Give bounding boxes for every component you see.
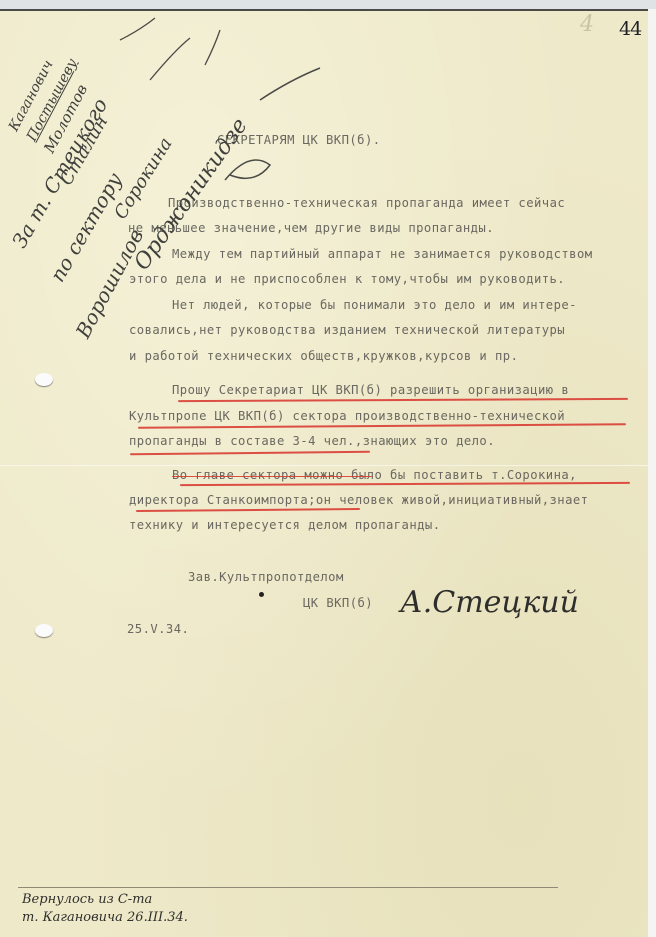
pencil-strokes [0, 0, 656, 937]
note-rule [18, 887, 558, 888]
archive-note-line: Вернулось из С-та [22, 892, 152, 907]
archive-note-line: т. Кагановича 26.III.34. [22, 910, 188, 925]
